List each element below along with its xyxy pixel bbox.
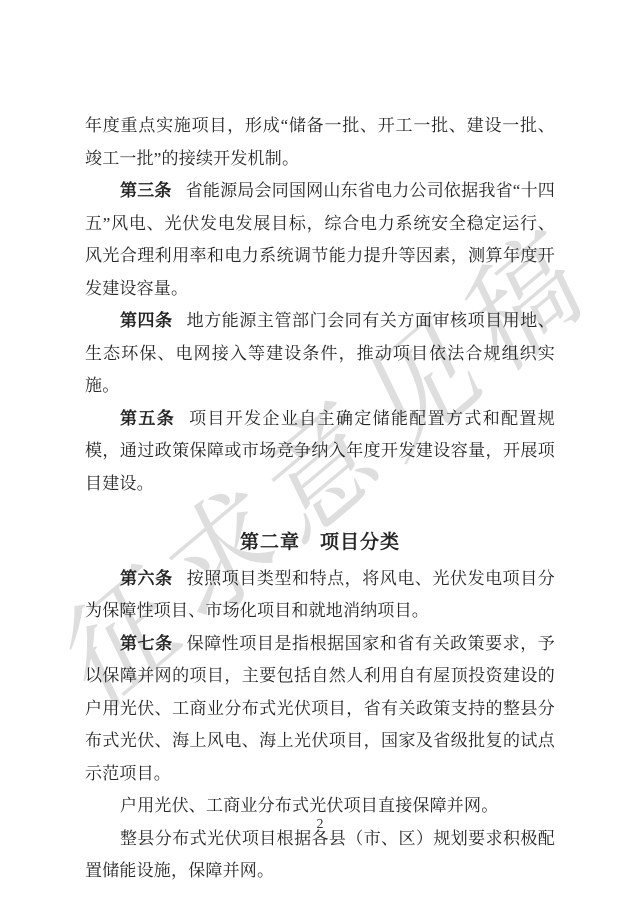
- document-body: 年度重点实施项目，形成“储备一批、开工一批、建设一批、竣工一批”的接续开发机制。…: [85, 110, 555, 888]
- article-number: 第六条: [120, 569, 187, 588]
- article-number: 第三条: [120, 181, 186, 200]
- paragraph-text: 年度重点实施项目，形成“储备一批、开工一批、建设一批、竣工一批”的接续开发机制。: [85, 116, 555, 168]
- paragraph-article-5: 第五条项目开发企业自主确定储能配置方式和配置规模，通过政策保障或市场竞争纳入年度…: [85, 403, 555, 501]
- paragraph-text: 保障性项目是指根据国家和省有关政策要求，予以保障并网的项目，主要包括自然人利用自…: [85, 634, 555, 783]
- paragraph-article-6: 第六条按照项目类型和特点，将风电、光伏发电项目分为保障性项目、市场化项目和就地消…: [85, 563, 555, 628]
- paragraph-text: 户用光伏、工商业分布式光伏项目直接保障并网。: [120, 796, 498, 815]
- chapter-heading: 第二章 项目分类: [85, 527, 555, 560]
- article-number: 第四条: [120, 311, 187, 330]
- paragraph-continuation: 年度重点实施项目，形成“储备一批、开工一批、建设一批、竣工一批”的接续开发机制。: [85, 110, 555, 175]
- article-number: 第七条: [120, 634, 187, 653]
- paragraph-article-7: 第七条保障性项目是指根据国家和省有关政策要求，予以保障并网的项目，主要包括自然人…: [85, 628, 555, 791]
- paragraph-article-3: 第三条省能源局会同国网山东省电力公司依据我省“十四五”风电、光伏发电发展目标，综…: [85, 175, 555, 305]
- paragraph-text: 整县分布式光伏项目根据各县（市、区）规划要求积极配置储能设施，保障并网。: [85, 829, 555, 881]
- document-page: 征求意见稿 年度重点实施项目，形成“储备一批、开工一批、建设一批、竣工一批”的接…: [0, 0, 640, 905]
- page-number: 2: [0, 817, 640, 833]
- paragraph-article-4: 第四条地方能源主管部门会同有关方面审核项目用地、生态环保、电网接入等建设条件，推…: [85, 305, 555, 403]
- article-number: 第五条: [120, 409, 189, 428]
